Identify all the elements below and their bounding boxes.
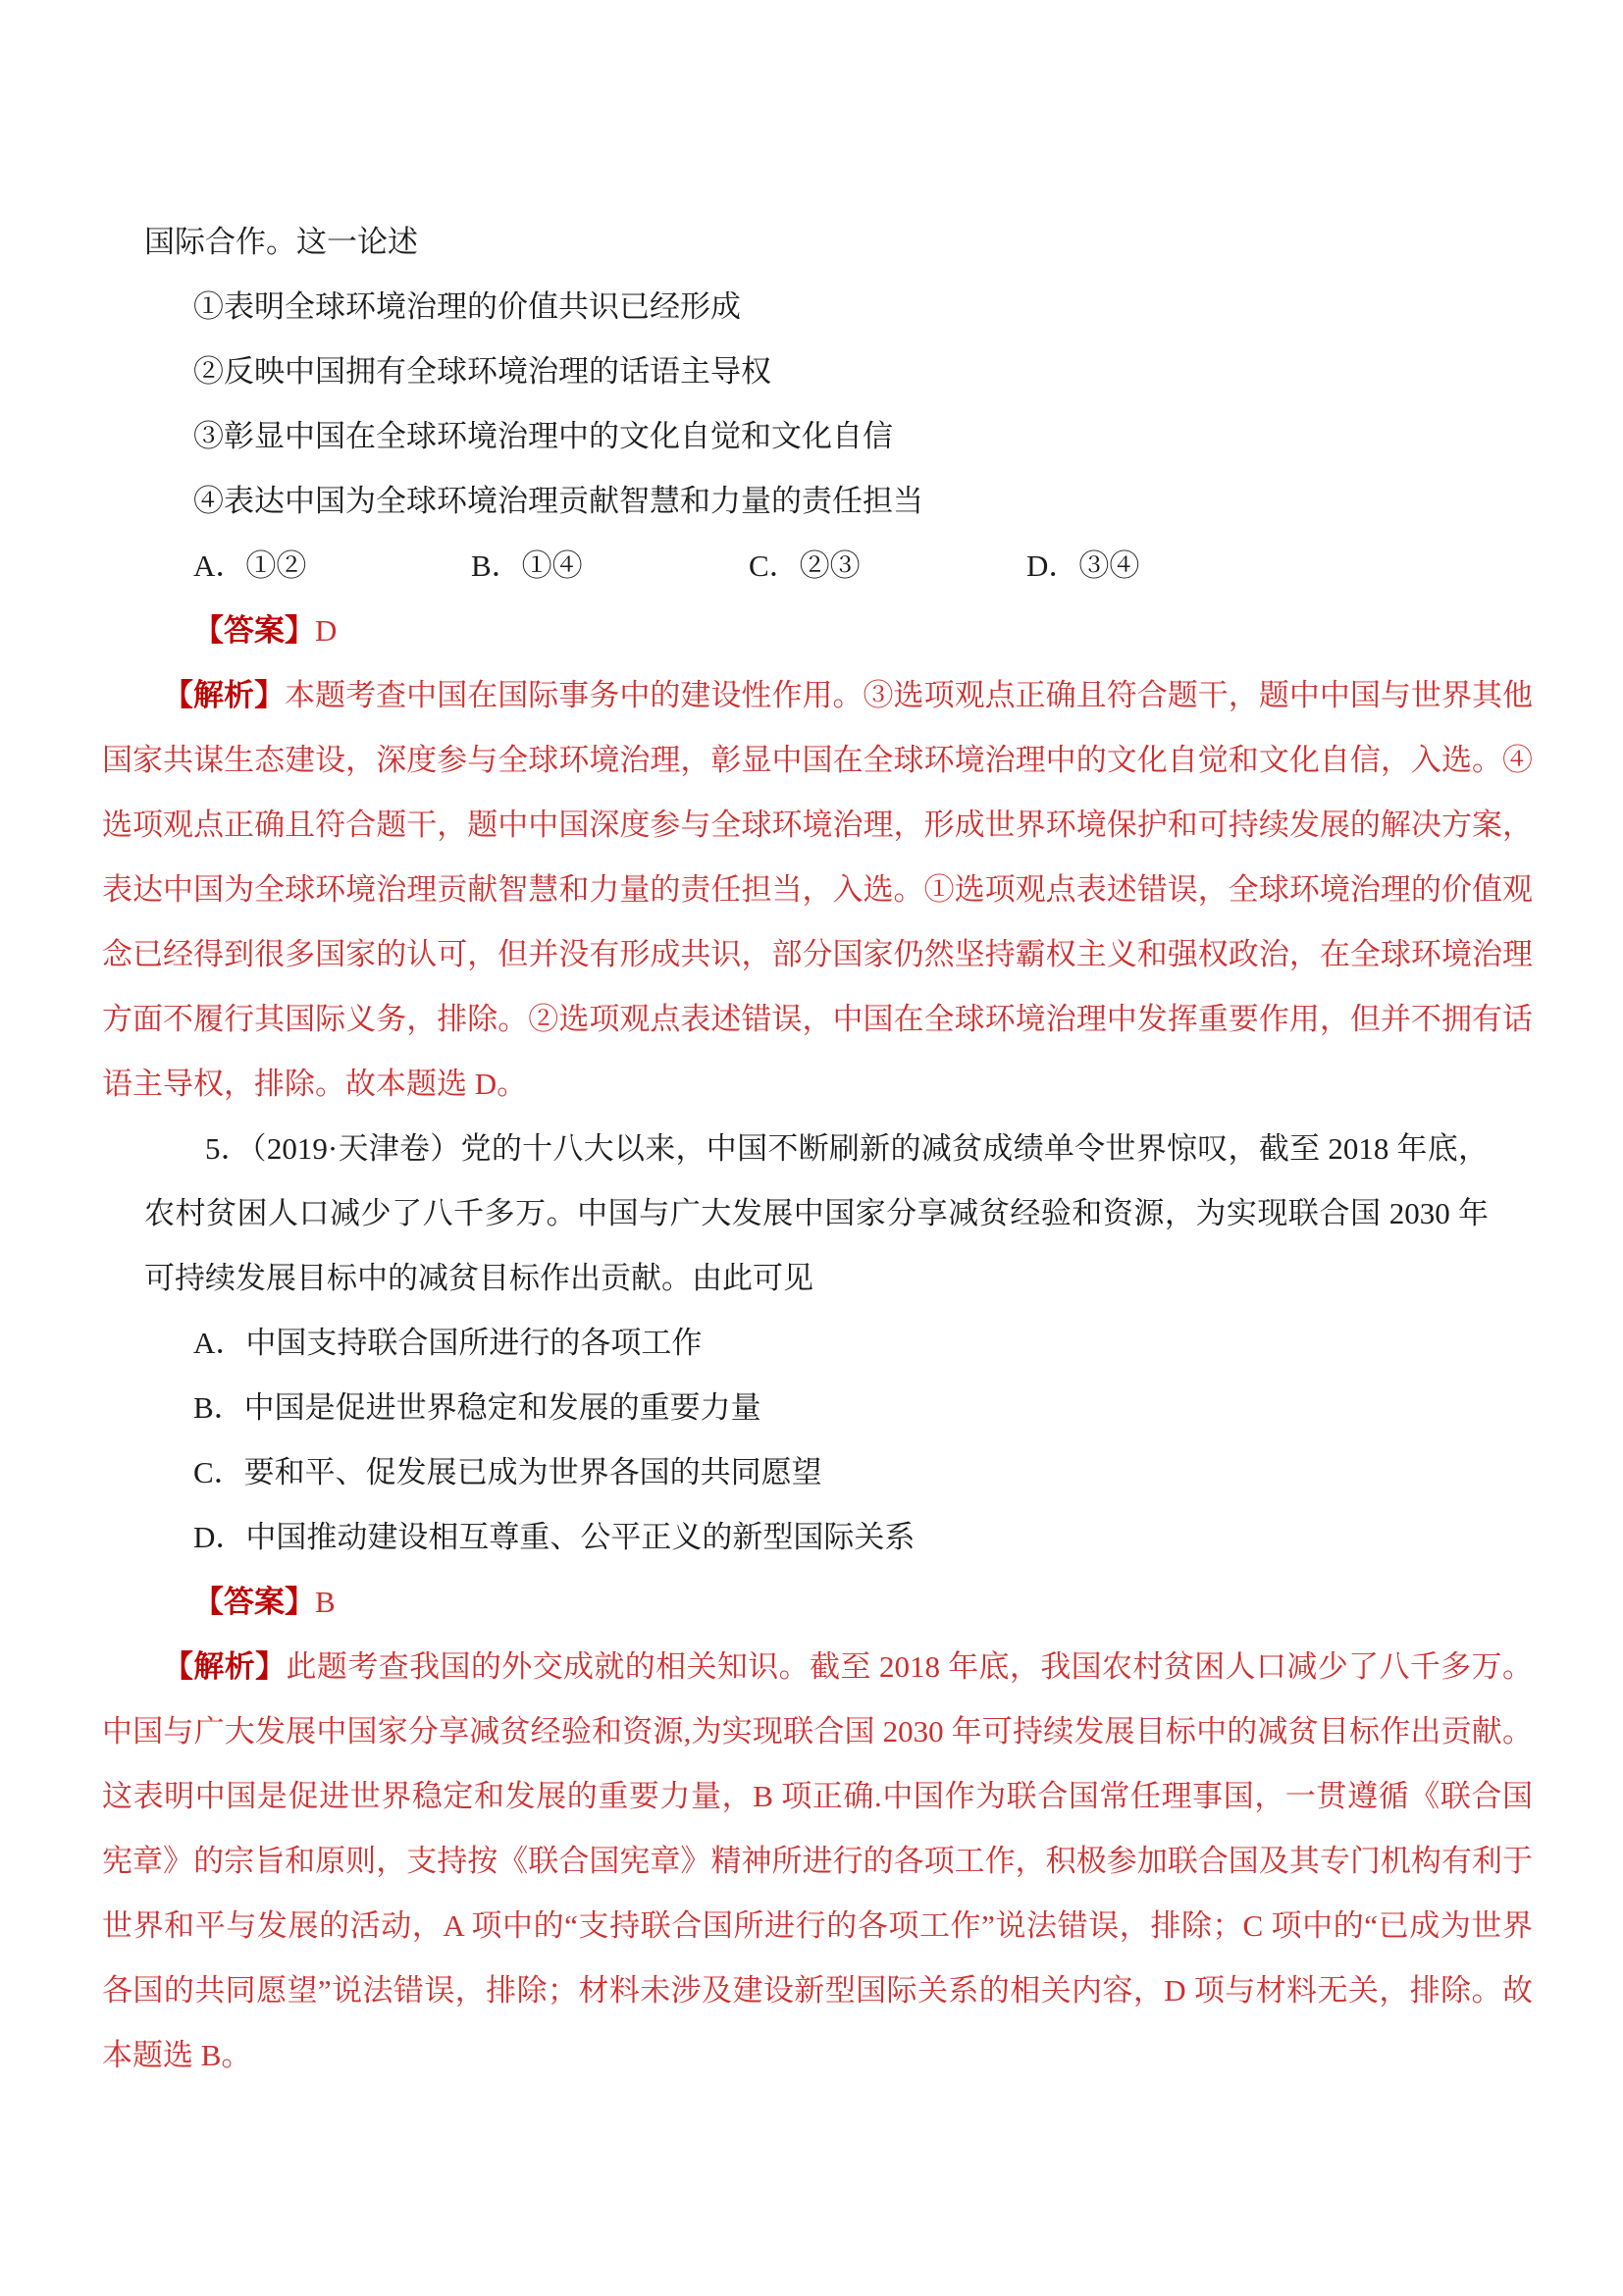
answer-marker: 【答案】	[193, 613, 315, 648]
question-5-stem: 5．（2019·天津卷）党的十八大以来，中国不断刷新的减贫成绩单令世界惊叹，截至…	[144, 1117, 1489, 1311]
analysis-marker: 【解析】	[163, 1649, 287, 1684]
question-4-answer-value: D	[315, 613, 337, 648]
question-4-answer-line: 【答案】D	[144, 599, 1489, 663]
question-4-choice-c: C．②③	[749, 534, 1026, 599]
question-4-choice-a: A．①②	[193, 534, 471, 599]
document-page: 国际合作。这一论述 ①表明全球环境治理的价值共识已经形成 ②反映中国拥有全球环境…	[0, 0, 1623, 2296]
question-4-choice-d: D．③④	[1026, 534, 1139, 599]
question-5-block: 5．（2019·天津卷）党的十八大以来，中国不断刷新的减贫成绩单令世界惊叹，截至…	[144, 1117, 1489, 1635]
question-4-analysis-text: 本题考查中国在国际事务中的建设性作用。③选项观点正确且符合题干，题中中国与世界其…	[102, 678, 1533, 1101]
question-4-statement-1: ①表明全球环境治理的价值共识已经形成	[144, 275, 1489, 339]
question-4-choice-b: B．①④	[471, 534, 749, 599]
question-4-stem-continuation: 国际合作。这一论述	[144, 210, 1489, 275]
question-4-statement-2: ②反映中国拥有全球环境治理的话语主导权	[144, 339, 1489, 404]
question-5-analysis-paragraph: 【解析】此题考查我国的外交成就的相关知识。截至 2018 年底，我国农村贫困人口…	[102, 1635, 1533, 2088]
question-4-statement-3: ③彰显中国在全球环境治理中的文化自觉和文化自信	[144, 404, 1489, 469]
answer-marker: 【答案】	[193, 1585, 315, 1619]
question-5-analysis-text: 此题考查我国的外交成就的相关知识。截至 2018 年底，我国农村贫困人口减少了八…	[102, 1649, 1533, 2072]
analysis-marker: 【解析】	[163, 678, 285, 712]
question-5-option-d: D．中国推动建设相互尊重、公平正义的新型国际关系	[144, 1505, 1489, 1570]
question-4-block: 国际合作。这一论述 ①表明全球环境治理的价值共识已经形成 ②反映中国拥有全球环境…	[144, 210, 1489, 663]
question-5-answer-value: B	[315, 1585, 336, 1619]
question-4-analysis-paragraph: 【解析】本题考查中国在国际事务中的建设性作用。③选项观点正确且符合题干，题中中国…	[102, 663, 1533, 1117]
question-5-answer-line: 【答案】B	[144, 1570, 1489, 1635]
question-5-option-c: C．要和平、促发展已成为世界各国的共同愿望	[144, 1440, 1489, 1505]
question-4-choice-row: A．①② B．①④ C．②③ D．③④	[144, 534, 1489, 599]
question-4-statement-4: ④表达中国为全球环境治理贡献智慧和力量的责任担当	[144, 469, 1489, 534]
question-5-option-b: B．中国是促进世界稳定和发展的重要力量	[144, 1376, 1489, 1440]
question-5-option-a: A．中国支持联合国所进行的各项工作	[144, 1311, 1489, 1376]
